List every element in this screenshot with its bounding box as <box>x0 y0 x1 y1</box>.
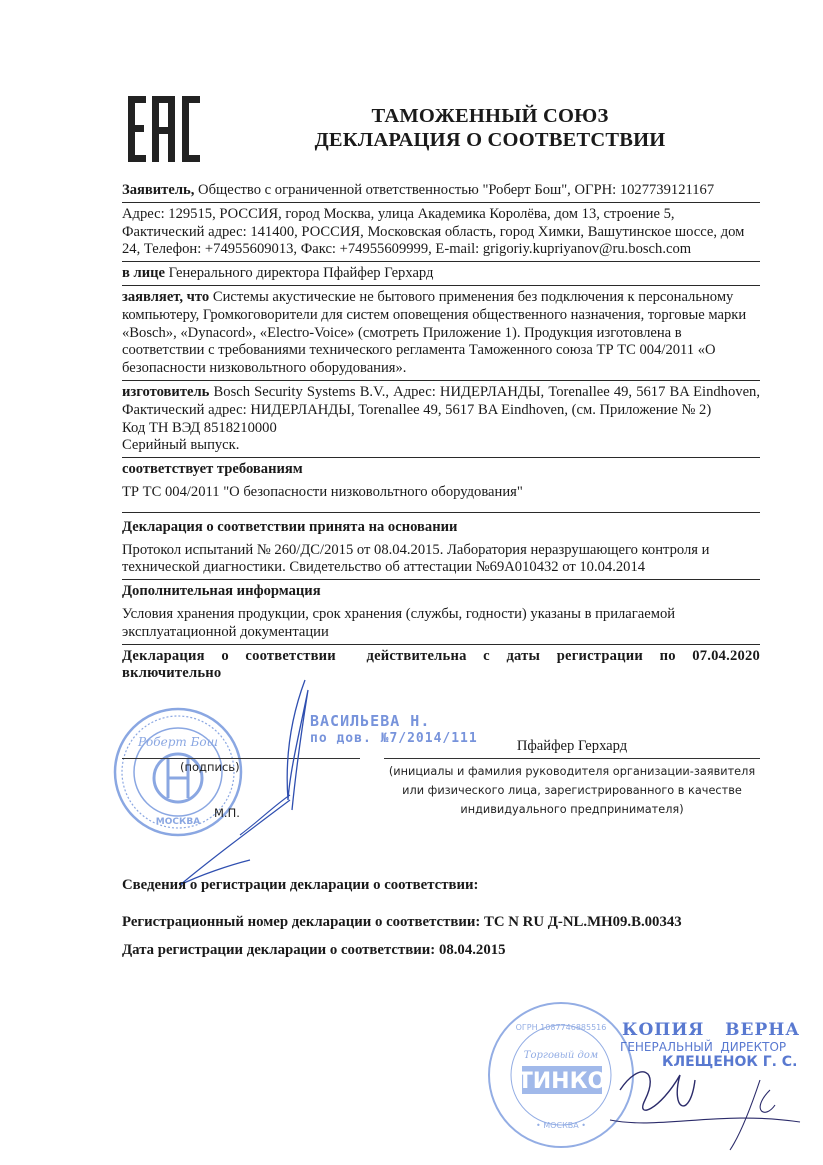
signature-caption: (подпись) <box>180 760 240 774</box>
additional-label: Дополнительная информация <box>122 583 760 601</box>
declares-label: заявляет, что <box>122 289 209 305</box>
proxy-stamp-name: ВАСИЛЬЕВА Н. <box>310 712 478 730</box>
proxy-stamp: ВАСИЛЬЕВА Н. по дов. №7/2014/111 <box>310 712 478 748</box>
valid-until-date: 07.04.2020 <box>692 648 760 666</box>
registration-number-label: Регистрационный номер декларации о соотв… <box>122 914 484 930</box>
copy-certified-stamp: КОПИЯ ВЕРНА ГЕНЕРАЛЬНЫЙ ДИРЕКТОР КЛЕЩЕНО… <box>622 1020 800 1070</box>
manufacturer-text: Bosch Security Systems B.V., Адрес: НИДЕ… <box>122 384 760 418</box>
additional-text: Условия хранения продукции, срок хранени… <box>122 606 760 642</box>
registration-number-value: ТС N RU Д-NL.МН09.В.00343 <box>484 914 682 930</box>
signature-area: Пфайфер Герхард (подпись) М.П. (инициалы… <box>122 740 760 860</box>
basis-text: Протокол испытаний № 260/ДС/2015 от 08.0… <box>122 542 760 578</box>
svg-text:ОГРН 1087746885516: ОГРН 1087746885516 <box>516 1023 607 1032</box>
address-section: Адрес: 129515, РОССИЯ, город Москва, ули… <box>122 206 760 262</box>
manufacturer-section: изготовитель Bosch Security Systems B.V.… <box>122 384 760 458</box>
validity-statement: Декларация о соответствии действительна … <box>122 648 760 684</box>
signer-name-line <box>384 758 760 759</box>
basis-label: Декларация о соответствии принята на осн… <box>122 519 760 537</box>
svg-text:ТИНКО: ТИНКО <box>518 1069 607 1094</box>
applicant-label: Заявитель, <box>122 182 194 198</box>
requirements-section: соответствует требованиям ТР ТС 004/2011… <box>122 461 760 513</box>
manufacturer-label: изготовитель <box>122 384 209 400</box>
declaration-body: Заявитель, Общество с ограниченной ответ… <box>122 182 760 683</box>
registration-number: Регистрационный номер декларации о соотв… <box>122 914 802 931</box>
declares-section: заявляет, что Системы акустические не бы… <box>122 289 760 381</box>
title-line-1: ТАМОЖЕННЫЙ СОЮЗ <box>280 104 700 128</box>
registration-date-label: Дата регистрации декларации о соответств… <box>122 942 439 958</box>
signature-line <box>122 758 360 759</box>
representative-section: в лице Генерального директора Пфайфер Ге… <box>122 265 760 286</box>
registration-date-value: 08.04.2015 <box>439 942 506 958</box>
document-title: ТАМОЖЕННЫЙ СОЮЗ ДЕКЛАРАЦИЯ О СООТВЕТСТВИ… <box>280 104 700 152</box>
initials-caption: (инициалы и фамилия руководителя организ… <box>384 762 760 819</box>
seal-caption: М.П. <box>214 806 240 820</box>
representative-label: в лице <box>122 265 165 281</box>
validity-line-1: Декларация о соответствии действительна … <box>122 648 760 666</box>
representative-text: Генерального директора Пфайфер Герхард <box>165 265 433 281</box>
copy-stamp-line-3: КЛЕЩЕНОК Г. С. <box>662 1054 800 1070</box>
declares-text: Системы акустические не бытового примене… <box>122 289 746 376</box>
proxy-stamp-number: по дов. №7/2014/111 <box>310 730 478 748</box>
release-type: Серийный выпуск. <box>122 437 760 455</box>
hs-code: Код ТН ВЭД 8518210000 <box>122 420 760 438</box>
additional-section: Дополнительная информация Условия хранен… <box>122 583 760 644</box>
registration-date: Дата регистрации декларации о соответств… <box>122 942 802 959</box>
svg-text:Торговый дом: Торговый дом <box>524 1050 598 1061</box>
requirements-label: соответствует требованиям <box>122 461 760 479</box>
applicant-section: Заявитель, Общество с ограниченной ответ… <box>122 182 760 203</box>
validity-line-2: включительно <box>122 665 760 683</box>
basis-section: Декларация о соответствии принята на осн… <box>122 519 760 580</box>
eac-logo <box>126 94 202 164</box>
registration-heading: Сведения о регистрации декларации о соот… <box>122 877 802 894</box>
applicant-text: Общество с ограниченной ответственностью… <box>194 182 714 198</box>
tinko-company-seal: Торговый дом ТИНКО ОГРН 1087746885516 • … <box>486 1000 636 1150</box>
address-text: Адрес: 129515, РОССИЯ, город Москва, ули… <box>122 206 760 259</box>
copy-stamp-line-1: КОПИЯ ВЕРНА <box>622 1020 800 1040</box>
title-line-2: ДЕКЛАРАЦИЯ О СООТВЕТСТВИИ <box>280 128 700 152</box>
requirements-text: ТР ТС 004/2011 "О безопасности низковоль… <box>122 484 760 502</box>
svg-text:• МОСКВА •: • МОСКВА • <box>536 1121 586 1130</box>
eac-mark-icon <box>126 94 202 164</box>
copy-stamp-line-2: ГЕНЕРАЛЬНЫЙ ДИРЕКТОР <box>620 1040 800 1054</box>
